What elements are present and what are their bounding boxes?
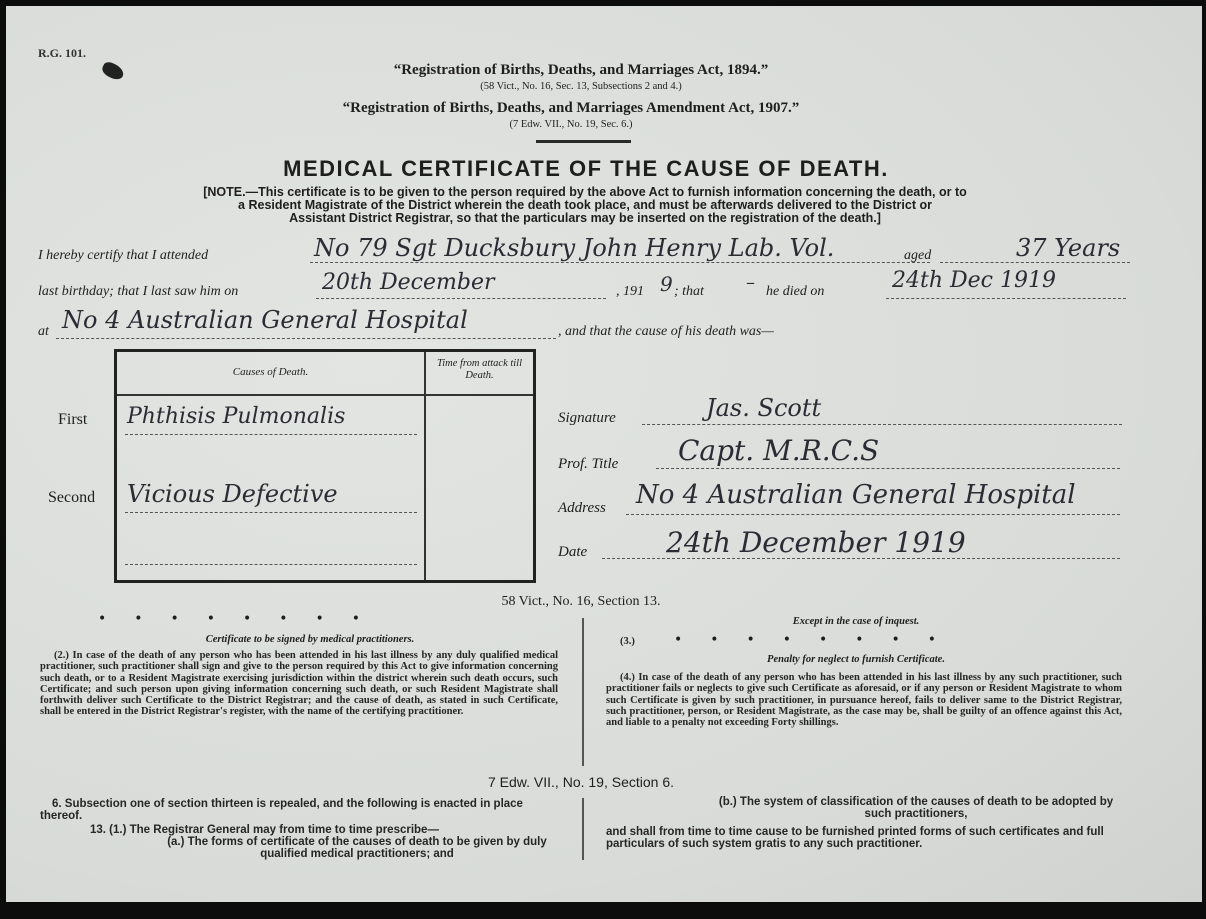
law-1907-heading: 7 Edw. VII., No. 19, Section 6. (6, 774, 1156, 790)
that-value: – (746, 272, 755, 293)
year-value: 9 (660, 272, 673, 296)
causes-table: Causes of Death. Time from attack till D… (114, 349, 536, 583)
last-birthday-label: last birthday; that I last saw him on (38, 284, 238, 300)
header-divider (117, 394, 533, 396)
address-field-line (626, 514, 1120, 515)
aged-field-line (940, 262, 1130, 263)
last-seen-value: 20th December (322, 270, 494, 295)
date-value: 24th December 1919 (666, 526, 966, 559)
act-1907-title: “Registration of Births, Deaths, and Mar… (6, 100, 1136, 117)
causes-column-header: Causes of Death. (117, 366, 424, 378)
law-1907-right-p2: and shall from time to time cause to be … (606, 826, 1126, 850)
signature-field-line (642, 424, 1122, 425)
attended-value: No 79 Sgt Ducksbury John Henry Lab. Vol. (314, 234, 834, 262)
law-1894-left-subheading: Certificate to be signed by medical prac… (40, 634, 580, 645)
law-1894-right-text: (4.) In case of the death of any person … (606, 672, 1122, 728)
that-label: ; that (674, 284, 704, 300)
law-1907-left-p1: 6. Subsection one of section thirteen is… (40, 798, 560, 822)
column-separator-1907 (582, 798, 584, 860)
attended-field-line (310, 262, 930, 263)
title-rule (536, 140, 631, 143)
column-divider (424, 352, 426, 580)
law-1907-right-p1: (b.) The system of classification of the… (706, 796, 1126, 820)
note-line: Assistant District Registrar, so that th… (40, 212, 1130, 225)
law-1894-heading: 58 Vict., No. 16, Section 13. (6, 594, 1156, 610)
third-cause-line (125, 564, 417, 565)
year-label: , 191 (616, 284, 644, 300)
elision-dots-left: •••••••• (98, 611, 388, 627)
prof-title-label: Prof. Title (558, 456, 618, 473)
signature-label: Signature (558, 410, 616, 427)
prof-title-field-line (656, 468, 1120, 469)
statement-line-1: I hereby certify that I attended (38, 248, 208, 264)
elision-dots-right: •••••••• (674, 632, 964, 648)
form-code: R.G. 101. (38, 46, 86, 61)
first-cause-value: Phthisis Pulmonalis (127, 404, 345, 429)
law-1907-left-p3: (a.) The forms of certificate of the cau… (152, 836, 562, 860)
time-column-header: Time from attack till Death. (426, 358, 533, 382)
aged-label: aged (904, 248, 931, 264)
address-label: Address (558, 500, 606, 517)
law-1894-left-text: (2.) In case of the death of any person … (40, 650, 558, 718)
died-on-label: he died on (766, 284, 824, 300)
row-label-second: Second (48, 489, 95, 507)
law-1894-sub3: (3.) (620, 636, 635, 647)
cause-label: , and that the cause of his death was— (558, 324, 774, 340)
at-field-line (56, 338, 556, 339)
aged-value: 37 Years (1016, 234, 1120, 262)
first-cause-line (125, 434, 417, 435)
column-separator (582, 618, 584, 766)
at-label: at (38, 324, 49, 340)
died-on-field-line (886, 298, 1126, 299)
signature-value: Jas. Scott (706, 394, 821, 422)
address-value: No 4 Australian General Hospital (636, 480, 1076, 510)
certificate-page: R.G. 101. “Registration of Births, Death… (6, 6, 1202, 902)
act-1907-ref: (7 Edw. VII., No. 19, Sec. 6.) (6, 119, 1136, 130)
died-on-value: 24th Dec 1919 (892, 268, 1056, 293)
act-1894-ref: (58 Vict., No. 16, Sec. 13, Subsections … (6, 81, 1156, 92)
law-1894-penalty-heading: Penalty for neglect to furnish Certifica… (596, 654, 1116, 665)
last-seen-field-line (316, 298, 606, 299)
second-cause-line (125, 512, 417, 513)
second-cause-value: Vicious Defective (127, 480, 338, 508)
prof-title-value: Capt. M.R.C.S (678, 434, 879, 467)
act-1894-title: “Registration of Births, Deaths, and Mar… (6, 62, 1156, 79)
law-1894-right-subheading: Except in the case of inquest. (596, 616, 1116, 627)
law-1907-left-p2: 13. (1.) The Registrar General may from … (90, 824, 560, 836)
certificate-note: [NOTE.—This certificate is to be given t… (40, 186, 1130, 225)
row-label-first: First (58, 411, 87, 429)
attended-label: I hereby certify that I attended (38, 248, 208, 263)
date-label: Date (558, 544, 587, 561)
certificate-title: MEDICAL CERTIFICATE OF THE CAUSE OF DEAT… (6, 156, 1166, 182)
at-value: No 4 Australian General Hospital (62, 306, 468, 334)
